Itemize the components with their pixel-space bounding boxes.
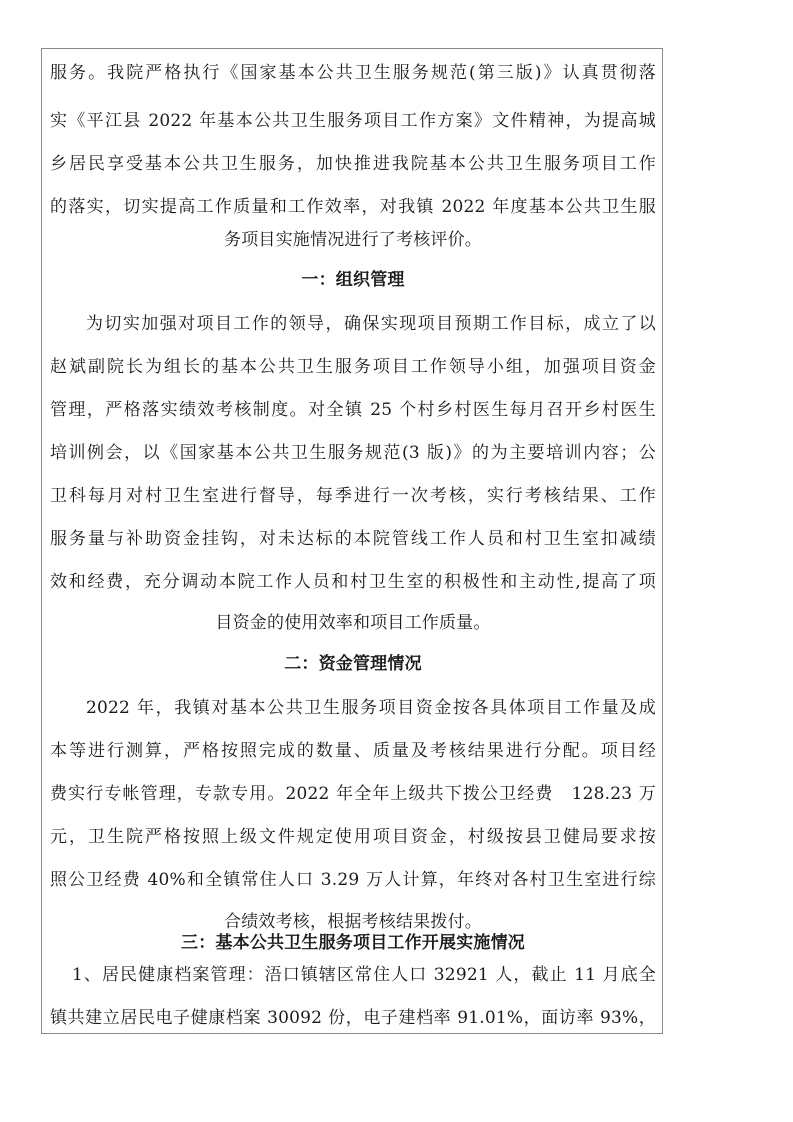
paragraph-line: 服务。我院严格执行《国家基本公共卫生服务规范(第三版)》认真贯彻落 bbox=[42, 62, 664, 84]
paragraph-line: 卫科每月对村卫生室进行督导，每季进行一次考核，实行考核结果、工作 bbox=[42, 485, 664, 507]
section-heading: 一：组织管理 bbox=[42, 269, 664, 291]
paragraph-line: 培训例会，以《国家基本公共卫生服务规范(3 版)》的为主要培训内容；公 bbox=[42, 442, 664, 464]
paragraph-line: 本等进行测算，严格按照完成的数量、质量及考核结果进行分配。项目经 bbox=[42, 740, 664, 762]
paragraph-line: 目资金的使用效率和项目工作质量。 bbox=[42, 612, 664, 634]
paragraph-line: 合绩效考核，根据考核结果拨付。 bbox=[42, 911, 664, 933]
paragraph-line: 元，卫生院严格按照上级文件规定使用项目资金，村级按县卫健局要求按 bbox=[42, 826, 664, 848]
paragraph-line: 的落实，切实提高工作质量和工作效率，对我镇 2022 年度基本公共卫生服 bbox=[42, 196, 664, 218]
paragraph-line: 费实行专帐管理，专款专用。2022 年全年上级共下拨公卫经费 128.23 万 bbox=[42, 783, 664, 805]
section-heading: 二：资金管理情况 bbox=[42, 653, 664, 675]
paragraph-line: 实《平江县 2022 年基本公共卫生服务项目工作方案》文件精神，为提高城 bbox=[42, 110, 664, 132]
paragraph-line: 2022 年，我镇对基本公共卫生服务项目资金按各具体项目工作量及成 bbox=[42, 697, 664, 719]
paragraph-line: 1、居民健康档案管理：浯口镇辖区常住人口 32921 人，截止 11 月底全 bbox=[42, 964, 664, 986]
paragraph-line: 照公卫经费 40%和全镇常住人口 3.29 万人计算，年终对各村卫生室进行综 bbox=[42, 869, 664, 891]
section-heading: 三：基本公共卫生服务项目工作开展实施情况 bbox=[42, 932, 664, 954]
paragraph-line: 镇共建立居民电子健康档案 30092 份，电子建档率 91.01%，面访率 93… bbox=[42, 1007, 664, 1029]
paragraph-line: 为切实加强对项目工作的领导，确保实现项目预期工作目标，成立了以 bbox=[42, 313, 664, 335]
paragraph-line: 服务量与补助资金挂钩，对未达标的本院管线工作人员和村卫生室扣减绩 bbox=[42, 528, 664, 550]
paragraph-line: 效和经费，充分调动本院工作人员和村卫生室的积极性和主动性,提高了项 bbox=[42, 571, 664, 593]
paragraph-line: 赵斌副院长为组长的基本公共卫生服务项目工作领导小组，加强项目资金 bbox=[42, 356, 664, 378]
paragraph-line: 管理，严格落实绩效考核制度。对全镇 25 个村乡村医生每月召开乡村医生 bbox=[42, 399, 664, 421]
paragraph-line: 务项目实施情况进行了考核评价。 bbox=[42, 229, 664, 251]
document-frame: 服务。我院严格执行《国家基本公共卫生服务规范(第三版)》认真贯彻落 实《平江县 … bbox=[41, 48, 663, 1034]
paragraph-line: 乡居民享受基本公共卫生服务，加快推进我院基本公共卫生服务项目工作 bbox=[42, 153, 664, 175]
